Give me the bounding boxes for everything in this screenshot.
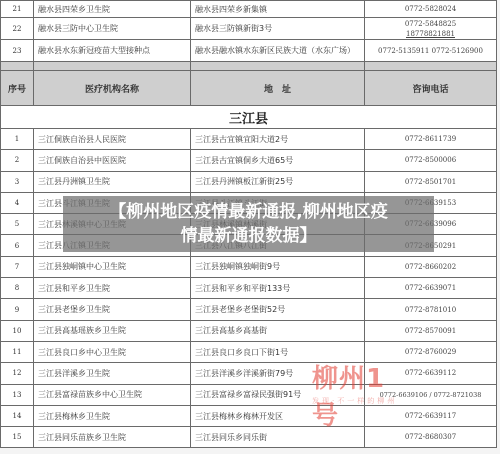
phone: 0772-8680307 [365,427,497,448]
address: 融水县融水镇水东新区民族大道（水东广场） [191,40,365,62]
header-phone: 咨询电话 [365,71,497,106]
row-number: 5 [1,214,34,235]
institution-name: 三江县丹洲镇卫生院 [34,171,191,192]
title-banner: 【柳州地区疫情最新通报,柳州地区疫 情最新通报数据】 [63,196,434,252]
table-row: 22 融水县三防中心卫生院 融水县三防镇新街3号 0772-5848825 18… [1,18,497,40]
phone: 0772-8500006 [365,150,497,171]
phone: 0772-8760029 [365,341,497,362]
phone-line: 0772-5848825 [369,19,492,29]
row-number: 9 [1,299,34,320]
address: 三江县同乐乡同乐街 [191,427,365,448]
institution-name: 融水县四荣乡卫生院 [34,1,191,18]
table-row: 14三江县梅林乡卫生院三江县梅林乡梅林开发区0772-6639117 [1,405,497,426]
address: 三江县高基乡高基街 [191,320,365,341]
address: 三江县古宜镇宜阳大道2号 [191,129,365,150]
phone: 0772-6639106 / 0772-8721038 [365,384,497,405]
address: 三江县富禄乡富禄民强街91号 [191,384,365,405]
table-row: 3三江县丹洲镇卫生院三江县丹洲镇板江新街25号0772-8501701 [1,171,497,192]
phone: 0772-5848825 18778821881 [365,18,497,40]
institution-name: 三江侗族自治县中医医院 [34,150,191,171]
row-number: 10 [1,320,34,341]
row-number: 8 [1,278,34,299]
phone: 0772-6639071 [365,278,497,299]
row-number: 15 [1,427,34,448]
institution-name: 三江县老堡乡卫生院 [34,299,191,320]
address: 三江县梅林乡梅林开发区 [191,405,365,426]
row-number: 7 [1,256,34,277]
table-row: 1三江侗族自治县人民医院三江县古宜镇宜阳大道2号0772-8611739 [1,129,497,150]
header-number: 序号 [1,71,34,106]
banner-line-1: 【柳州地区疫情最新通报,柳州地区疫 [63,200,434,224]
row-number: 13 [1,384,34,405]
county-name: 三江县 [1,106,497,129]
table-row: 15三江县同乐苗族乡卫生院三江县同乐乡同乐街0772-8680307 [1,427,497,448]
table-header: 序号 医疗机构名称 地 址 咨询电话 [1,71,497,106]
phone: 0772-8660202 [365,256,497,277]
table-row: 7三江县独峒镇中心卫生院三江县独峒镇独峒街9号0772-8660202 [1,256,497,277]
address: 三江县良口乡良口下街1号 [191,341,365,362]
table-row: 9三江县老堡乡卫生院三江县老堡乡老堡街52号0772-8781010 [1,299,497,320]
institution-name: 融水县三防中心卫生院 [34,18,191,40]
phone: 0772-6639112 [365,363,497,384]
address: 三江县洋溪乡洋溪新街79号 [191,363,365,384]
institution-name: 三江侗族自治县人民医院 [34,129,191,150]
row-number: 1 [1,129,34,150]
row-number: 22 [1,18,34,40]
address: 融水县三防镇新街3号 [191,18,365,40]
phone: 0772-8781010 [365,299,497,320]
address: 三江县老堡乡老堡街52号 [191,299,365,320]
address: 三江县丹洲镇板江新街25号 [191,171,365,192]
row-number: 3 [1,171,34,192]
address: 三江县和平乡和平街133号 [191,278,365,299]
phone: 0772-5828024 [365,1,497,18]
row-number: 4 [1,192,34,213]
institution-name: 三江县独峒镇中心卫生院 [34,256,191,277]
header-name: 医疗机构名称 [34,71,191,106]
table-row: 10三江县高基瑶族乡卫生院三江县高基乡高基街0772-8570091 [1,320,497,341]
phone: 0772-8611739 [365,129,497,150]
header-address: 地 址 [191,71,365,106]
row-number: 2 [1,150,34,171]
institution-name: 三江县和平乡卫生院 [34,278,191,299]
row-number: 14 [1,405,34,426]
institution-name: 融水县水东新冠疫苗大型接种点 [34,40,191,62]
table-row: 2三江侗族自治县中医医院三江县古宜镇侗乡大道65号0772-8500006 [1,150,497,171]
table-row: 12三江县洋溪乡卫生院三江县洋溪乡洋溪新街79号0772-6639112 [1,363,497,384]
table-row: 11三江县良口乡中心卫生院三江县良口乡良口下街1号0772-8760029 [1,341,497,362]
county-heading-row: 三江县 [1,106,497,129]
institution-name: 三江县同乐苗族乡卫生院 [34,427,191,448]
institution-name: 三江县洋溪乡卫生院 [34,363,191,384]
banner-line-2: 情最新通报数据】 [63,224,434,248]
phone: 0772-8501701 [365,171,497,192]
table-row: 13三江县富禄苗族乡中心卫生院三江县富禄乡富禄民强街91号0772-663910… [1,384,497,405]
row-number: 6 [1,235,34,256]
phone: 0772-5135911 0772-5126900 [365,40,497,62]
institution-name: 三江县高基瑶族乡卫生院 [34,320,191,341]
row-number: 23 [1,40,34,62]
spacer-row [1,62,497,71]
address: 融水县四荣乡新集镇 [191,1,365,18]
table-row: 8三江县和平乡卫生院三江县和平乡和平街133号0772-6639071 [1,278,497,299]
institution-name: 三江县富禄苗族乡中心卫生院 [34,384,191,405]
row-number: 21 [1,1,34,18]
phone: 0772-6639117 [365,405,497,426]
phone-line: 18778821881 [369,29,492,39]
address: 三江县古宜镇侗乡大道65号 [191,150,365,171]
institution-name: 三江县梅林乡卫生院 [34,405,191,426]
phone: 0772-8570091 [365,320,497,341]
row-number: 12 [1,363,34,384]
institution-name: 三江县良口乡中心卫生院 [34,341,191,362]
address: 三江县独峒镇独峒街9号 [191,256,365,277]
table-row: 21 融水县四荣乡卫生院 融水县四荣乡新集镇 0772-5828024 [1,1,497,18]
row-number: 11 [1,341,34,362]
table-row: 23 融水县水东新冠疫苗大型接种点 融水县融水镇水东新区民族大道（水东广场） 0… [1,40,497,62]
